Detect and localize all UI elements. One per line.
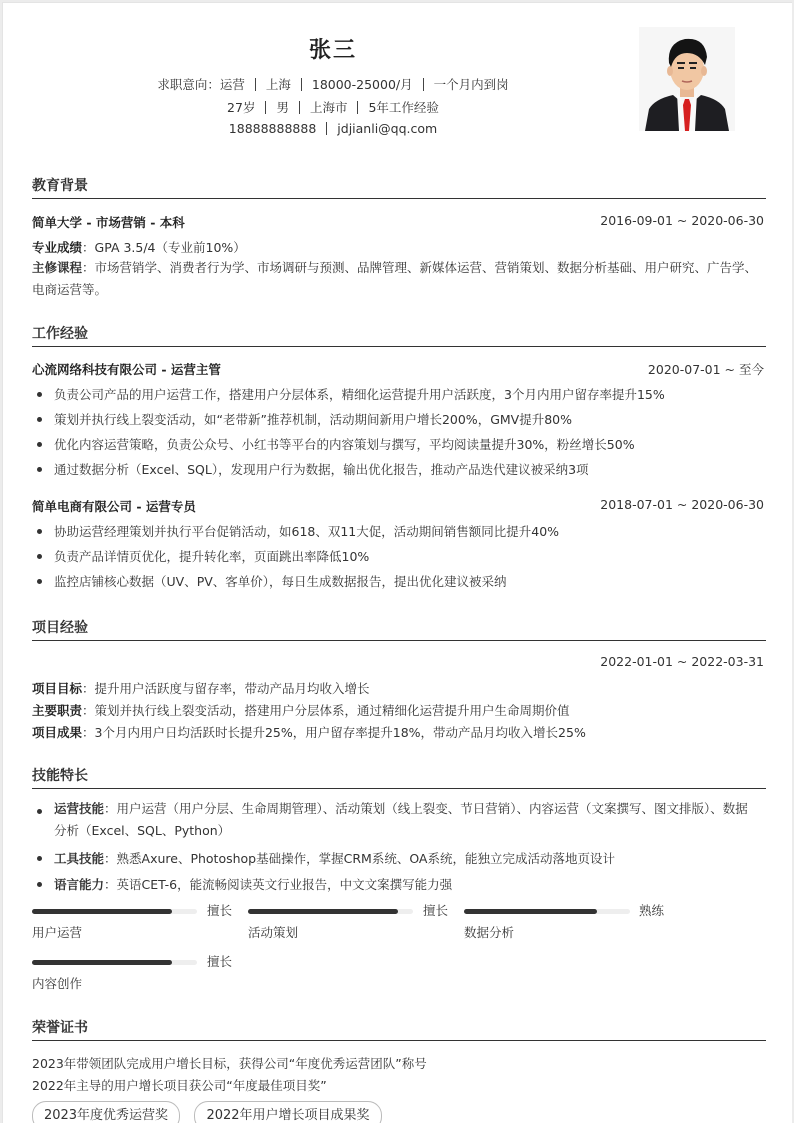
skill-name: 内容创作 [32,974,232,992]
avatar-portrait-icon [639,27,735,131]
gpa-value: ：GPA 3.5/4（专业前10%） [82,240,246,255]
skill-bar-item: 擅长 活动策划 [248,909,448,941]
project-dates: 2022-01-01 ~ 2022-03-31 [600,654,764,669]
skill-bar-fill [248,909,398,914]
courses-value: ：市场营销学、消费者行为学、市场调研与预测、品牌管理、新媒体运营、营销策划、数据… [32,260,757,297]
skill-label: 工具技能 [54,851,104,866]
resume-page: 张三 求职意向：运营上海18000-25000/月一个月内到岗 27岁男上海市5… [2,2,792,1123]
project-duties: 主要职责：策划并执行线上裂变活动，搭建用户分层体系，通过精细化运营提升用户生命周… [32,701,766,719]
skill-bar-item: 擅长 用户运营 [32,909,232,941]
divider [255,78,256,91]
availability: 一个月内到岗 [434,77,509,92]
section-title-honors: 荣誉证书 [32,1017,88,1037]
honor-badge: 2022年用户增长项目成果奖 [194,1101,382,1123]
skill-bar-track [248,909,413,914]
job-dates: 2018-07-01 ~ 2020-06-30 [600,497,764,512]
skill-bar-fill [32,960,172,965]
location: 上海市 [310,100,348,115]
skill-level: 熟练 [639,901,664,919]
job-company-title: 简单电商有限公司 - 运营专员 [32,499,196,514]
job-dates: 2020-07-01 ~ 至今 [648,360,764,378]
section-title-project: 项目经验 [32,617,88,637]
skill-bar-track [464,909,630,914]
project-goal-value: ：提升用户活跃度与留存率，带动产品月均收入增长 [82,681,370,696]
experience-years: 5年工作经验 [368,100,438,115]
skill-value: ：英语CET-6，能流畅阅读英文行业报告，中文文案撰写能力强 [104,877,452,892]
skill-level: 擅长 [207,901,232,919]
avatar [639,27,735,131]
email: jdjianli@qq.com [337,121,437,136]
divider [301,78,302,91]
gpa-label: 专业成绩 [32,240,82,255]
divider [423,78,424,91]
project-goal: 项目目标：提升用户活跃度与留存率，带动产品月均收入增长 [32,679,766,697]
section-title-work: 工作经验 [32,323,88,343]
skill-bar-item: 熟练 数据分析 [464,909,684,941]
divider [299,101,300,114]
salary: 18000-25000/月 [312,77,413,92]
project-results-label: 项目成果 [32,725,82,740]
skill-bar-track [32,960,197,965]
city: 上海 [266,77,291,92]
skill-name: 数据分析 [464,923,684,941]
courses-label: 主修课程 [32,260,82,275]
skill-name: 活动策划 [248,923,448,941]
candidate-name: 张三 [3,33,663,64]
project-goal-label: 项目目标 [32,681,82,696]
section-divider [32,640,766,641]
project-results: 项目成果：3个月内用户日均活跃时长提升25%，用户留存率提升18%，带动产品月均… [32,723,766,741]
gpa-row: 专业成绩：GPA 3.5/4（专业前10%） [32,238,766,256]
age: 27岁 [227,100,255,115]
gender: 男 [276,100,289,115]
skill-bar-fill [32,909,172,914]
job-company-title: 心流网络科技有限公司 - 运营主管 [32,362,221,377]
skill-bar-fill [464,909,597,914]
contact-line: 18888888888jdjianli@qq.com [3,121,663,136]
section-divider [32,346,766,347]
skill-bar-item: 擅长 内容创作 [32,960,232,992]
phone: 18888888888 [229,121,316,136]
divider [326,122,327,135]
project-results-value: ：3个月内用户日均活跃时长提升25%，用户留存率提升18%，带动产品月均收入增长… [82,725,586,740]
section-title-skills: 技能特长 [32,765,88,785]
project-duties-value: ：策划并执行线上裂变活动，搭建用户分层体系，通过精细化运营提升用户生命周期价值 [82,703,570,718]
honor-line: 2022年主导的用户增长项目获公司“年度最佳项目奖” [32,1076,766,1094]
skill-label: 语言能力 [54,877,104,892]
honor-badge: 2023年度优秀运营奖 [32,1101,180,1123]
skill-value: ：熟悉Axure、Photoshop基础操作，掌握CRM系统、OA系统，能独立完… [104,851,615,866]
section-divider [32,1040,766,1041]
education-dates: 2016-09-01 ~ 2020-06-30 [600,213,764,228]
divider [357,101,358,114]
skill-name: 用户运营 [32,923,232,941]
honor-line: 2023年带领团队完成用户增长目标，获得公司“年度优秀运营团队”称号 [32,1054,766,1072]
skill-bar-track [32,909,197,914]
skill-level: 擅长 [423,901,448,919]
courses-row: 主修课程：市场营销学、消费者行为学、市场调研与预测、品牌管理、新媒体运营、营销策… [32,257,764,301]
school-major-degree: 简单大学 - 市场营销 - 本科 [32,215,185,230]
section-divider [32,198,766,199]
personal-info-line: 27岁男上海市5年工作经验 [3,98,663,116]
skill-label: 运营技能 [54,801,104,816]
skill-level: 擅长 [207,952,232,970]
project-duties-label: 主要职责 [32,703,82,718]
section-title-education: 教育背景 [32,175,88,195]
skill-value: ：用户运营（用户分层、生命周期管理）、活动策划（线上裂变、节日营销）、内容运营（… [54,801,748,838]
job-intent-line: 求职意向：运营上海18000-25000/月一个月内到岗 [3,75,663,93]
section-divider [32,788,766,789]
divider [265,101,266,114]
job-intent: 求职意向：运营 [157,77,245,92]
